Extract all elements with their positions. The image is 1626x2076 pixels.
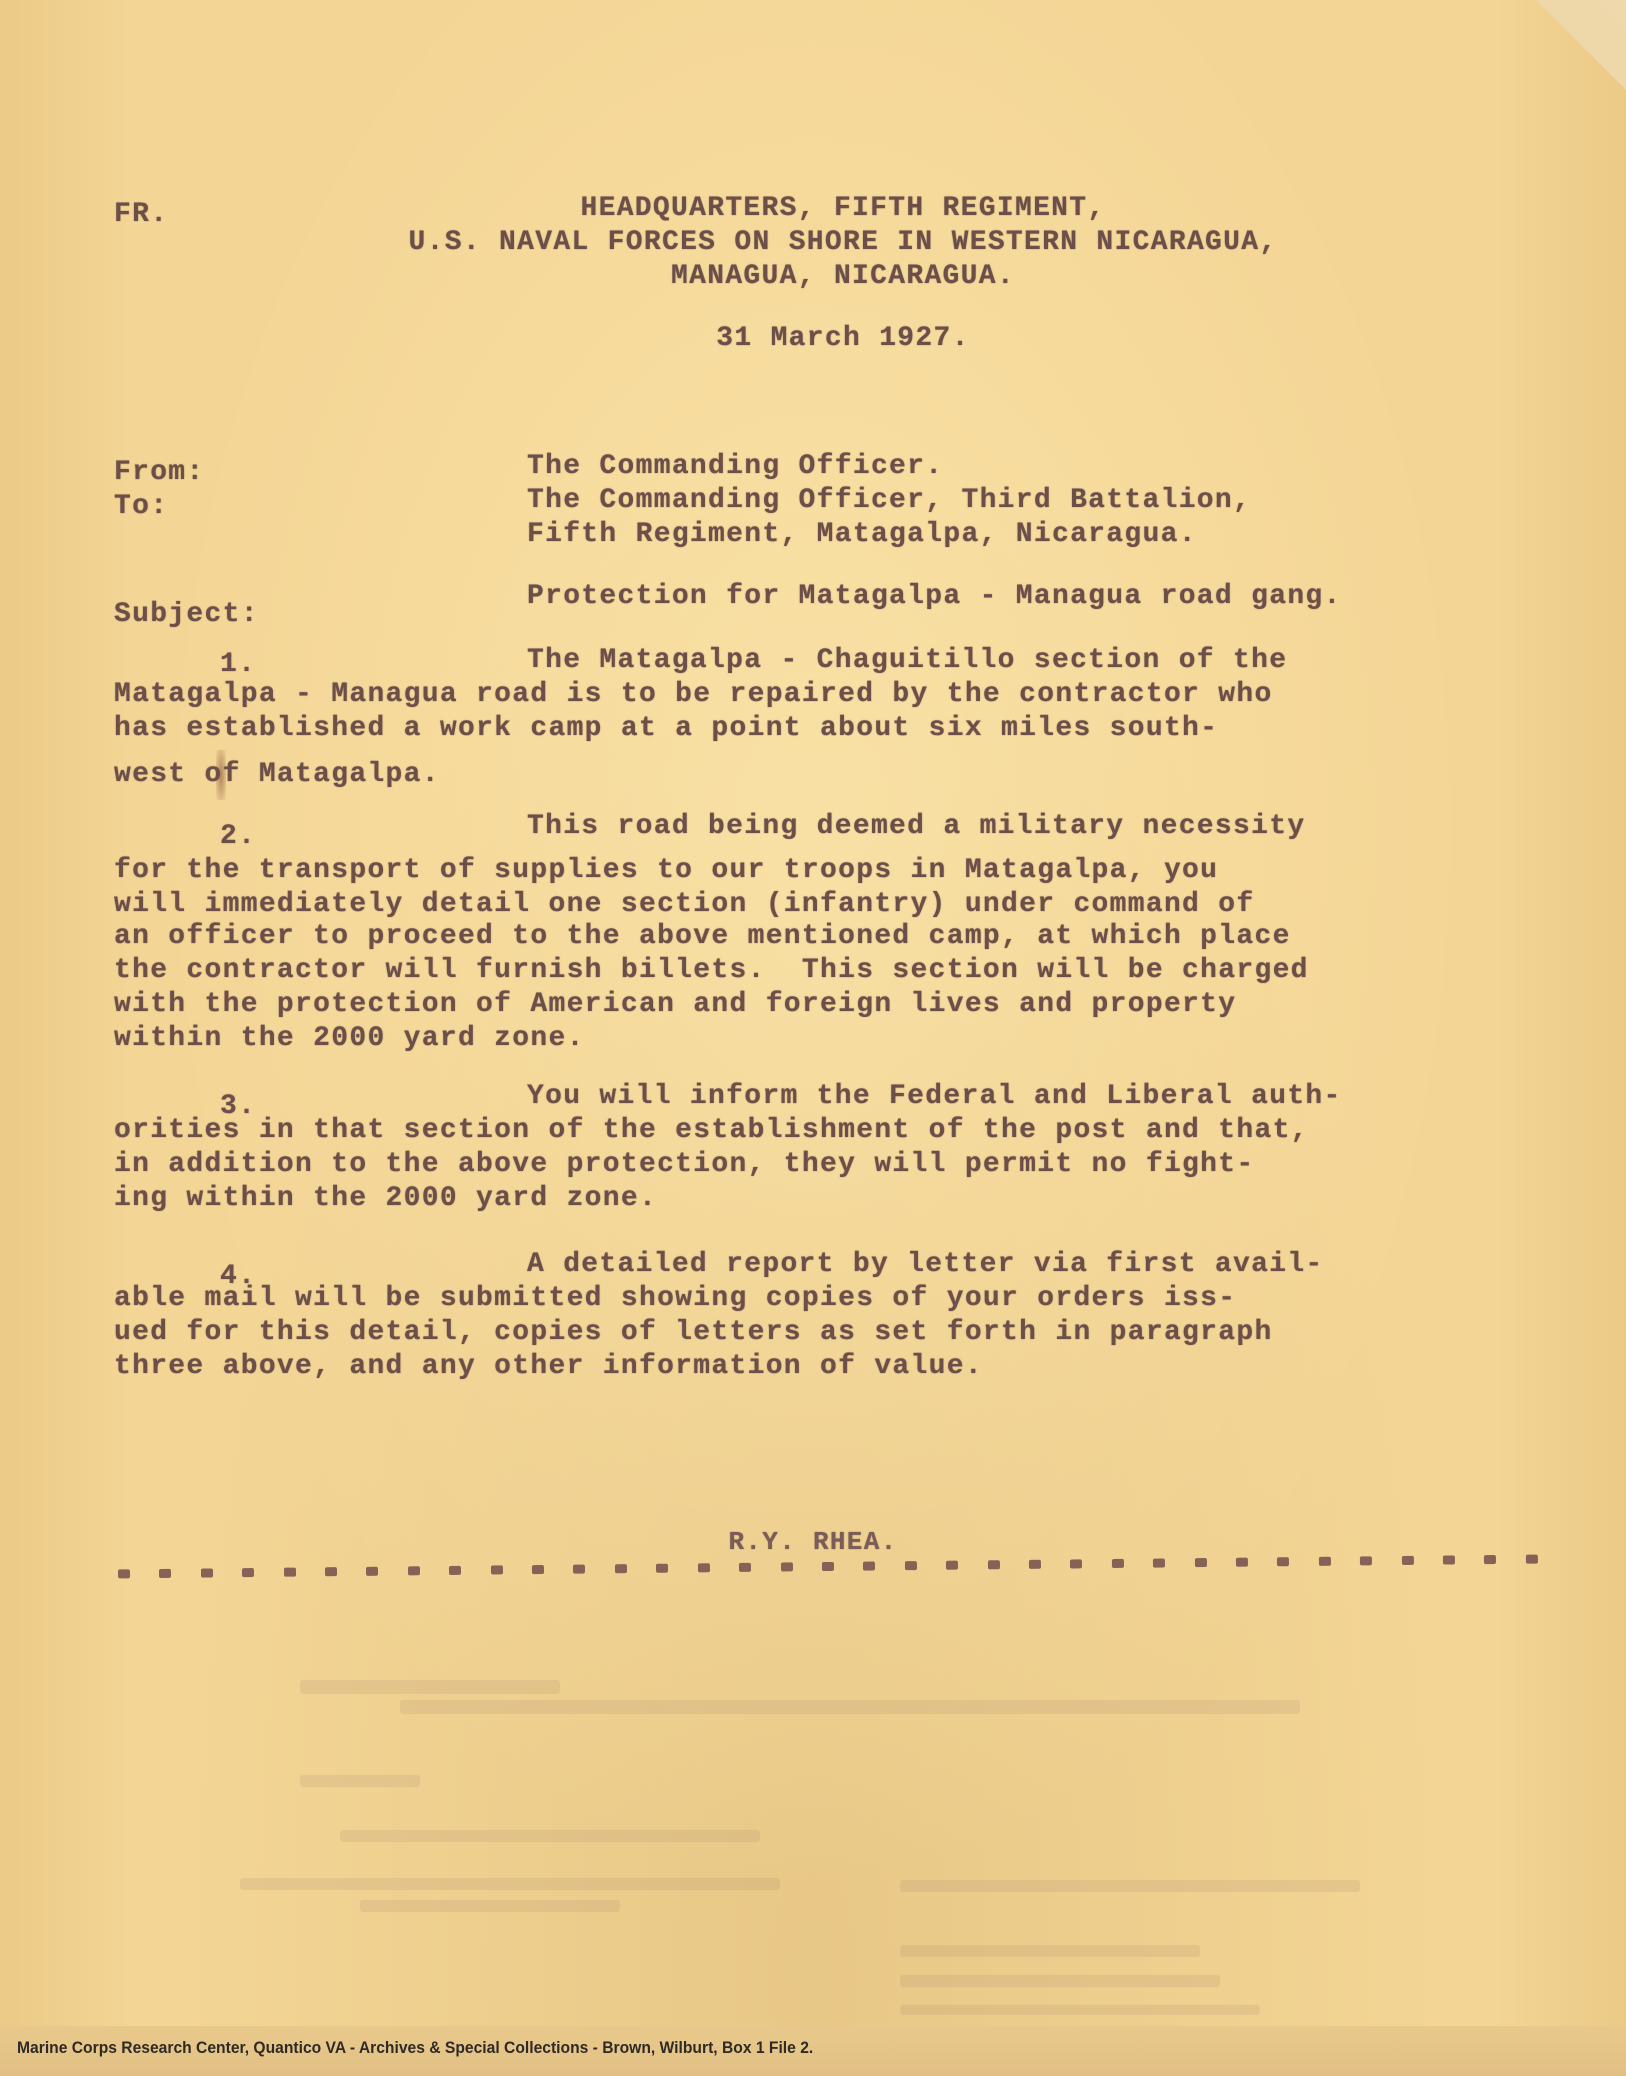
bleed-through-mark — [300, 1775, 420, 1787]
paragraph-4-line: able mail will be submitted showing copi… — [114, 1282, 1236, 1317]
signature: R.Y. RHEA. — [0, 1525, 1626, 1560]
letterhead-line-2: U.S. NAVAL FORCES ON SHORE IN WESTERN NI… — [30, 226, 1626, 261]
letterhead-line-1: HEADQUARTERS, FIFTH REGIMENT, — [30, 192, 1626, 227]
to-value-line-1: The Commanding Officer, Third Battalion, — [527, 484, 1251, 519]
paragraph-2-line: within the 2000 yard zone. — [114, 1022, 585, 1057]
from-label: From: — [114, 456, 205, 491]
paragraph-2-line: will immediately detail one section (inf… — [114, 888, 1254, 923]
bleed-through-mark — [900, 2005, 1260, 2015]
paragraph-2-first-line: This road being deemed a military necess… — [527, 810, 1305, 845]
bleed-through-mark — [360, 1900, 620, 1912]
paragraph-3-line: orities in that section of the establish… — [114, 1114, 1309, 1149]
paragraph-1-line: west of Matagalpa. — [114, 758, 440, 793]
paragraph-1-line: has established a work camp at a point a… — [114, 712, 1218, 747]
paper-corner-fold — [1536, 0, 1626, 90]
bleed-through-mark — [240, 1878, 780, 1890]
bleed-through-mark — [300, 1680, 560, 1694]
paragraph-3-line: in addition to the above protection, the… — [114, 1148, 1254, 1183]
paragraph-2-line: with the protection of American and fore… — [114, 988, 1236, 1023]
archive-caption: Marine Corps Research Center, Quantico V… — [17, 2038, 813, 2058]
paragraph-2-line: for the transport of supplies to our tro… — [114, 854, 1218, 889]
subject-value: Protection for Matagalpa - Managua road … — [527, 580, 1342, 615]
paragraph-3-line: ing within the 2000 yard zone. — [114, 1182, 657, 1217]
bleed-through-mark — [900, 1880, 1360, 1892]
subject-label: Subject: — [114, 598, 259, 633]
paragraph-4-line: ued for this detail, copies of letters a… — [114, 1316, 1273, 1351]
from-value: The Commanding Officer. — [527, 450, 943, 485]
archive-footer: Marine Corps Research Center, Quantico V… — [0, 2026, 1626, 2076]
paragraph-2-line: the contractor will furnish billets. Thi… — [114, 954, 1309, 989]
to-label: To: — [114, 490, 168, 525]
paragraph-4-first-line: A detailed report by letter via first av… — [527, 1248, 1324, 1283]
bleed-through-mark — [400, 1700, 1300, 1714]
document-date: 31 March 1927. — [30, 322, 1626, 357]
paragraph-2-number: 2. — [220, 820, 256, 855]
bleed-through-mark — [340, 1830, 760, 1842]
to-value-line-2: Fifth Regiment, Matagalpa, Nicaragua. — [527, 518, 1197, 553]
paragraph-1-line: Matagalpa - Managua road is to be repair… — [114, 678, 1273, 713]
paragraph-4-line: three above, and any other information o… — [114, 1350, 983, 1385]
paragraph-1-first-line: The Matagalpa - Chaguitillo section of t… — [527, 644, 1287, 679]
paragraph-2-line: an officer to proceed to the above menti… — [114, 920, 1291, 955]
letterhead-line-3: MANAGUA, NICARAGUA. — [30, 260, 1626, 295]
paragraph-3-first-line: You will inform the Federal and Liberal … — [527, 1080, 1342, 1115]
bleed-through-mark — [900, 1975, 1220, 1987]
bleed-through-mark — [900, 1945, 1200, 1957]
